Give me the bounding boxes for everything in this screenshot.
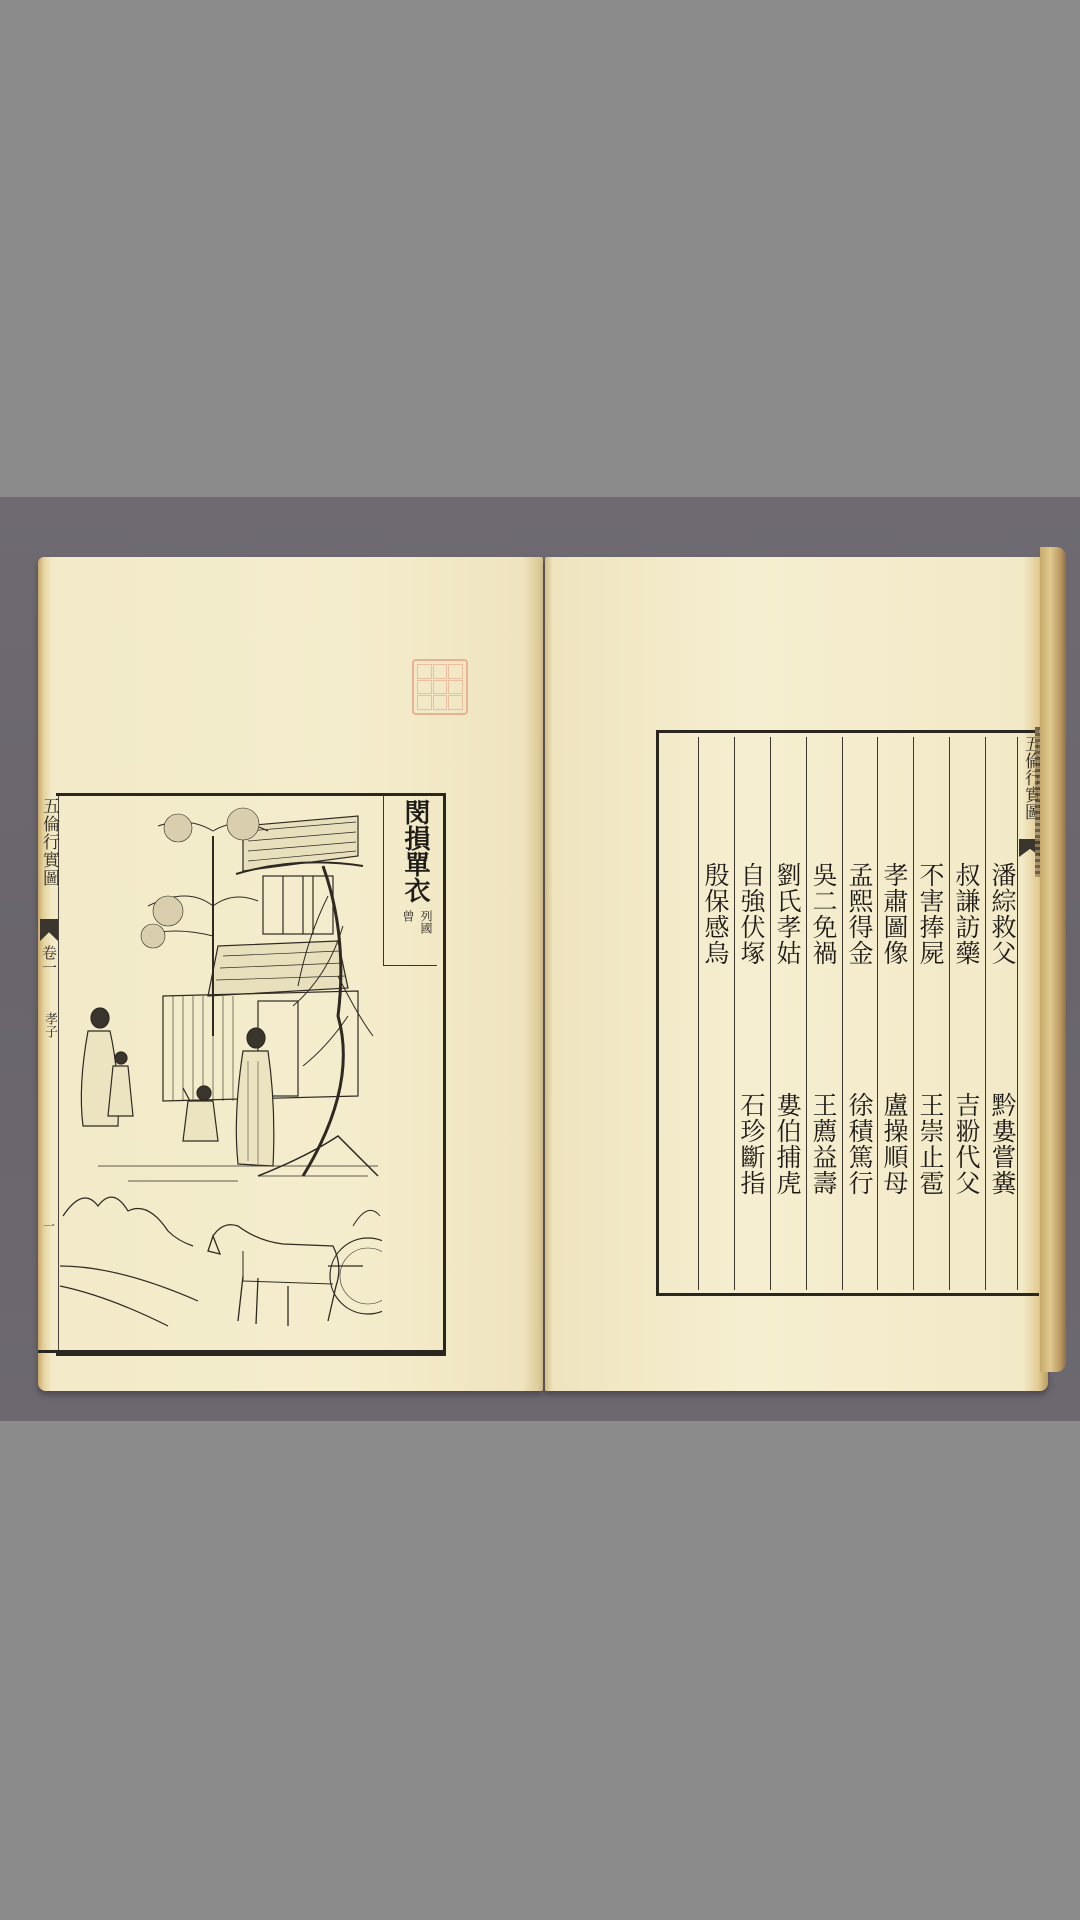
right-page: 五倫行實圖 潘綜救父 叔謙訪藥 不害捧屍 孝肅圖像 孟熙得金 吳二免禍 劉氏孝姑… (545, 557, 1048, 1391)
entry-bottom-2: 吉翂代父 (949, 1092, 983, 1196)
left-page: 五倫行實圖 卷一 孝子 一 (38, 557, 543, 1391)
entry-bottom-5: 徐積篤行 (842, 1092, 876, 1196)
column-rule (770, 737, 771, 1290)
bottom-rule (38, 1350, 446, 1353)
entry-bottom-8: 石珍斷指 (734, 1092, 768, 1196)
column-rule (806, 737, 807, 1290)
column-rule (1017, 737, 1018, 1290)
subtitle-right: 列國 (419, 910, 433, 960)
entry-top-4: 孝肅圖像 (877, 862, 911, 966)
entry-top-2: 叔謙訪藥 (949, 862, 983, 966)
entry-top-7: 劉氏孝姑 (770, 862, 804, 966)
entry-top-9: 殷保感烏 (698, 862, 732, 966)
column-rule (949, 737, 950, 1290)
entry-bottom-4: 盧操順母 (877, 1092, 911, 1196)
book-photograph: 五倫行實圖 卷一 孝子 一 (0, 497, 1080, 1421)
entry-bottom-6: 王薦益壽 (806, 1092, 840, 1196)
red-collector-seal (412, 659, 468, 715)
column-rule (698, 737, 699, 1290)
entry-top-6: 吳二免禍 (806, 862, 840, 966)
column-rule (877, 737, 878, 1290)
entry-top-5: 孟熙得金 (842, 862, 876, 966)
illustration-title: 閔損單衣 (390, 799, 430, 903)
entry-top-3: 不害捧屍 (913, 862, 947, 966)
illustration-subtitle: 列國 曾 (387, 910, 433, 960)
entry-bottom-7: 婁伯捕虎 (770, 1092, 804, 1196)
entry-top-8: 自強伏塚 (734, 862, 768, 966)
entry-bottom-1: 黔婁嘗糞 (985, 1092, 1019, 1196)
woodblock-illustration (58, 796, 382, 1348)
entry-top-1: 潘綜救父 (985, 862, 1019, 966)
column-rule (913, 737, 914, 1290)
column-rule (734, 737, 735, 1290)
column-rule (842, 737, 843, 1290)
column-rule (985, 737, 986, 1290)
page-block-edge (1040, 547, 1066, 1372)
entry-bottom-3: 王崇止雹 (913, 1092, 947, 1196)
subtitle-left: 曾 (401, 910, 415, 960)
text-frame (656, 730, 1039, 1296)
